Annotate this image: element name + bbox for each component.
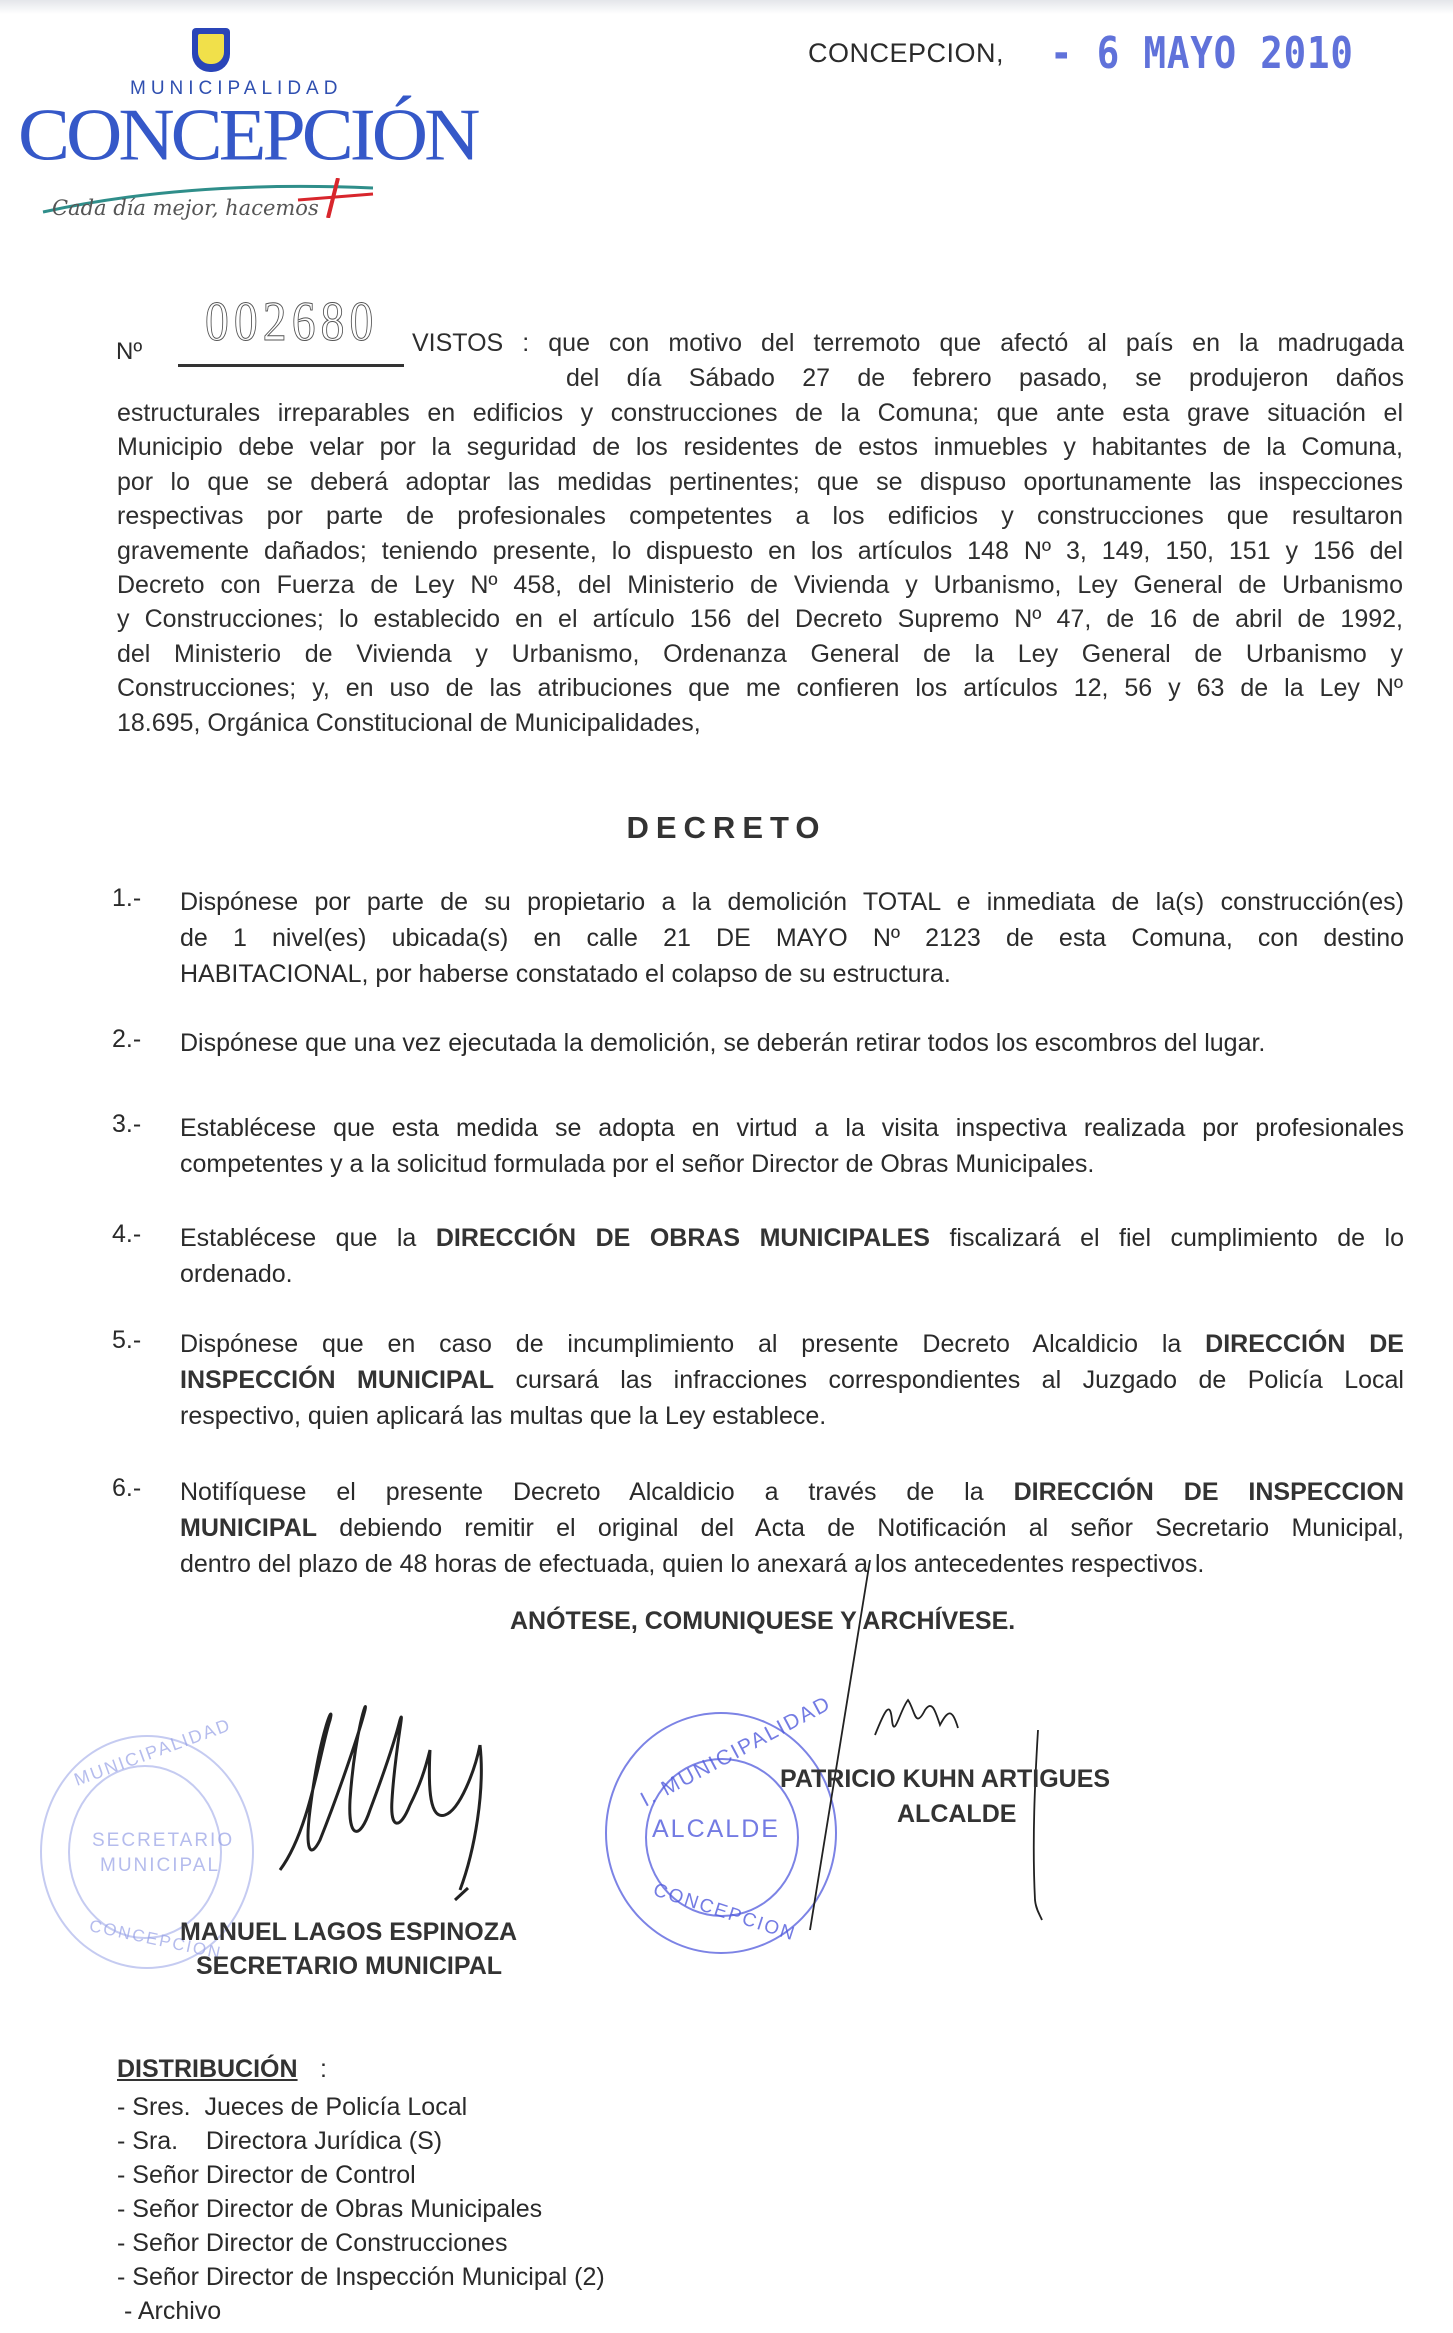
distribution-item: - Señor Director de Control: [117, 2158, 605, 2192]
article-number: 2.-: [112, 1025, 141, 1054]
decree-number-value: 002680: [205, 290, 378, 354]
vistos-line-2: del día Sábado 27 de febrero pasado, se …: [566, 361, 1404, 395]
distribution-item: - Señor Director de Inspección Municipal…: [117, 2260, 605, 2294]
vistos-line: y Construcciones; lo establecido en el a…: [117, 602, 1403, 636]
secretary-signature: [250, 1690, 600, 1920]
mayor-name: PATRICIO KUHN ARTIGUES: [780, 1765, 1110, 1794]
municipality-logo: MUNICIPALIDAD CONCEPCIÓN Cada día mejor,…: [18, 28, 378, 228]
secretary-seal-center-1: SECRETARIO: [92, 1830, 234, 1852]
article-number: 1.-: [112, 884, 141, 913]
city-label: CONCEPCION,: [808, 38, 1004, 69]
distribution-item: - Archivo: [117, 2294, 605, 2328]
vistos-line: respectivas por parte de profesionales c…: [117, 499, 1403, 533]
vistos-line: estructurales irreparables en edificios …: [117, 396, 1403, 430]
vistos-line: del Ministerio de Vivienda y Urbanismo, …: [117, 637, 1403, 671]
vistos-line: gravemente dañados; teniendo presente, l…: [117, 534, 1403, 568]
distribution-item: - Sres. Jueces de Policía Local: [117, 2090, 605, 2124]
article-number: 4.-: [112, 1220, 141, 1249]
distribution-item: - Señor Director de Construcciones: [117, 2226, 605, 2260]
distribution-item: - Señor Director de Obras Municipales: [117, 2192, 605, 2226]
article-number: 6.-: [112, 1474, 141, 1503]
logo-city-name: CONCEPCIÓN: [18, 92, 476, 178]
secretary-title: SECRETARIO MUNICIPAL: [196, 1952, 502, 1981]
vistos-lead: VISTOS : que con motivo del terremoto qu…: [412, 326, 1404, 360]
article-text: Dispónese que en caso de incumplimiento …: [180, 1326, 1404, 1434]
article-text: Establécese que la DIRECCIÓN DE OBRAS MU…: [180, 1220, 1404, 1292]
vistos-line: 18.695, Orgánica Constitucional de Munic…: [117, 706, 1403, 740]
article-number: 3.-: [112, 1110, 141, 1139]
decreto-title: DECRETO: [0, 810, 1453, 846]
article-text: Dispónese que una vez ejecutada la demol…: [180, 1025, 1404, 1061]
vistos-line: por lo que se deberá adoptar las medidas…: [117, 465, 1403, 499]
vistos-line: Decreto con Fuerza de Ley Nº 458, del Mi…: [117, 568, 1403, 602]
article-number: 5.-: [112, 1326, 141, 1355]
vistos-line: Construcciones; y, en uso de las atribuc…: [117, 671, 1403, 705]
distribution-colon: :: [320, 2055, 327, 2084]
vistos-body: estructurales irreparables en edificios …: [117, 396, 1403, 740]
distribution-list: - Sres. Jueces de Policía Local- Sra. Di…: [117, 2090, 605, 2328]
secretary-seal-inner-ring: [68, 1765, 222, 1939]
mayor-signature: [720, 1560, 1060, 1940]
secretary-name: MANUEL LAGOS ESPINOZA: [180, 1918, 517, 1947]
scan-top-edge: [0, 0, 1453, 14]
distribution-item: - Sra. Directora Jurídica (S): [117, 2124, 605, 2158]
date-stamp: - 6 MAYO 2010: [1050, 28, 1354, 79]
distribution-title: DISTRIBUCIÓN: [117, 2055, 298, 2084]
coat-of-arms-inner: [198, 34, 224, 64]
decree-number-underline: [178, 364, 404, 367]
decree-number-label: Nº: [116, 338, 142, 366]
mayor-title: ALCALDE: [897, 1800, 1016, 1829]
article-text: Dispónese por parte de su propietario a …: [180, 884, 1404, 992]
secretary-seal-center-2: MUNICIPAL: [100, 1855, 220, 1877]
logo-tagline: Cada día mejor, hacemos: [52, 196, 319, 220]
vistos-line: Municipio debe velar por la seguridad de…: [117, 430, 1403, 464]
article-text: Establécese que esta medida se adopta en…: [180, 1110, 1404, 1182]
